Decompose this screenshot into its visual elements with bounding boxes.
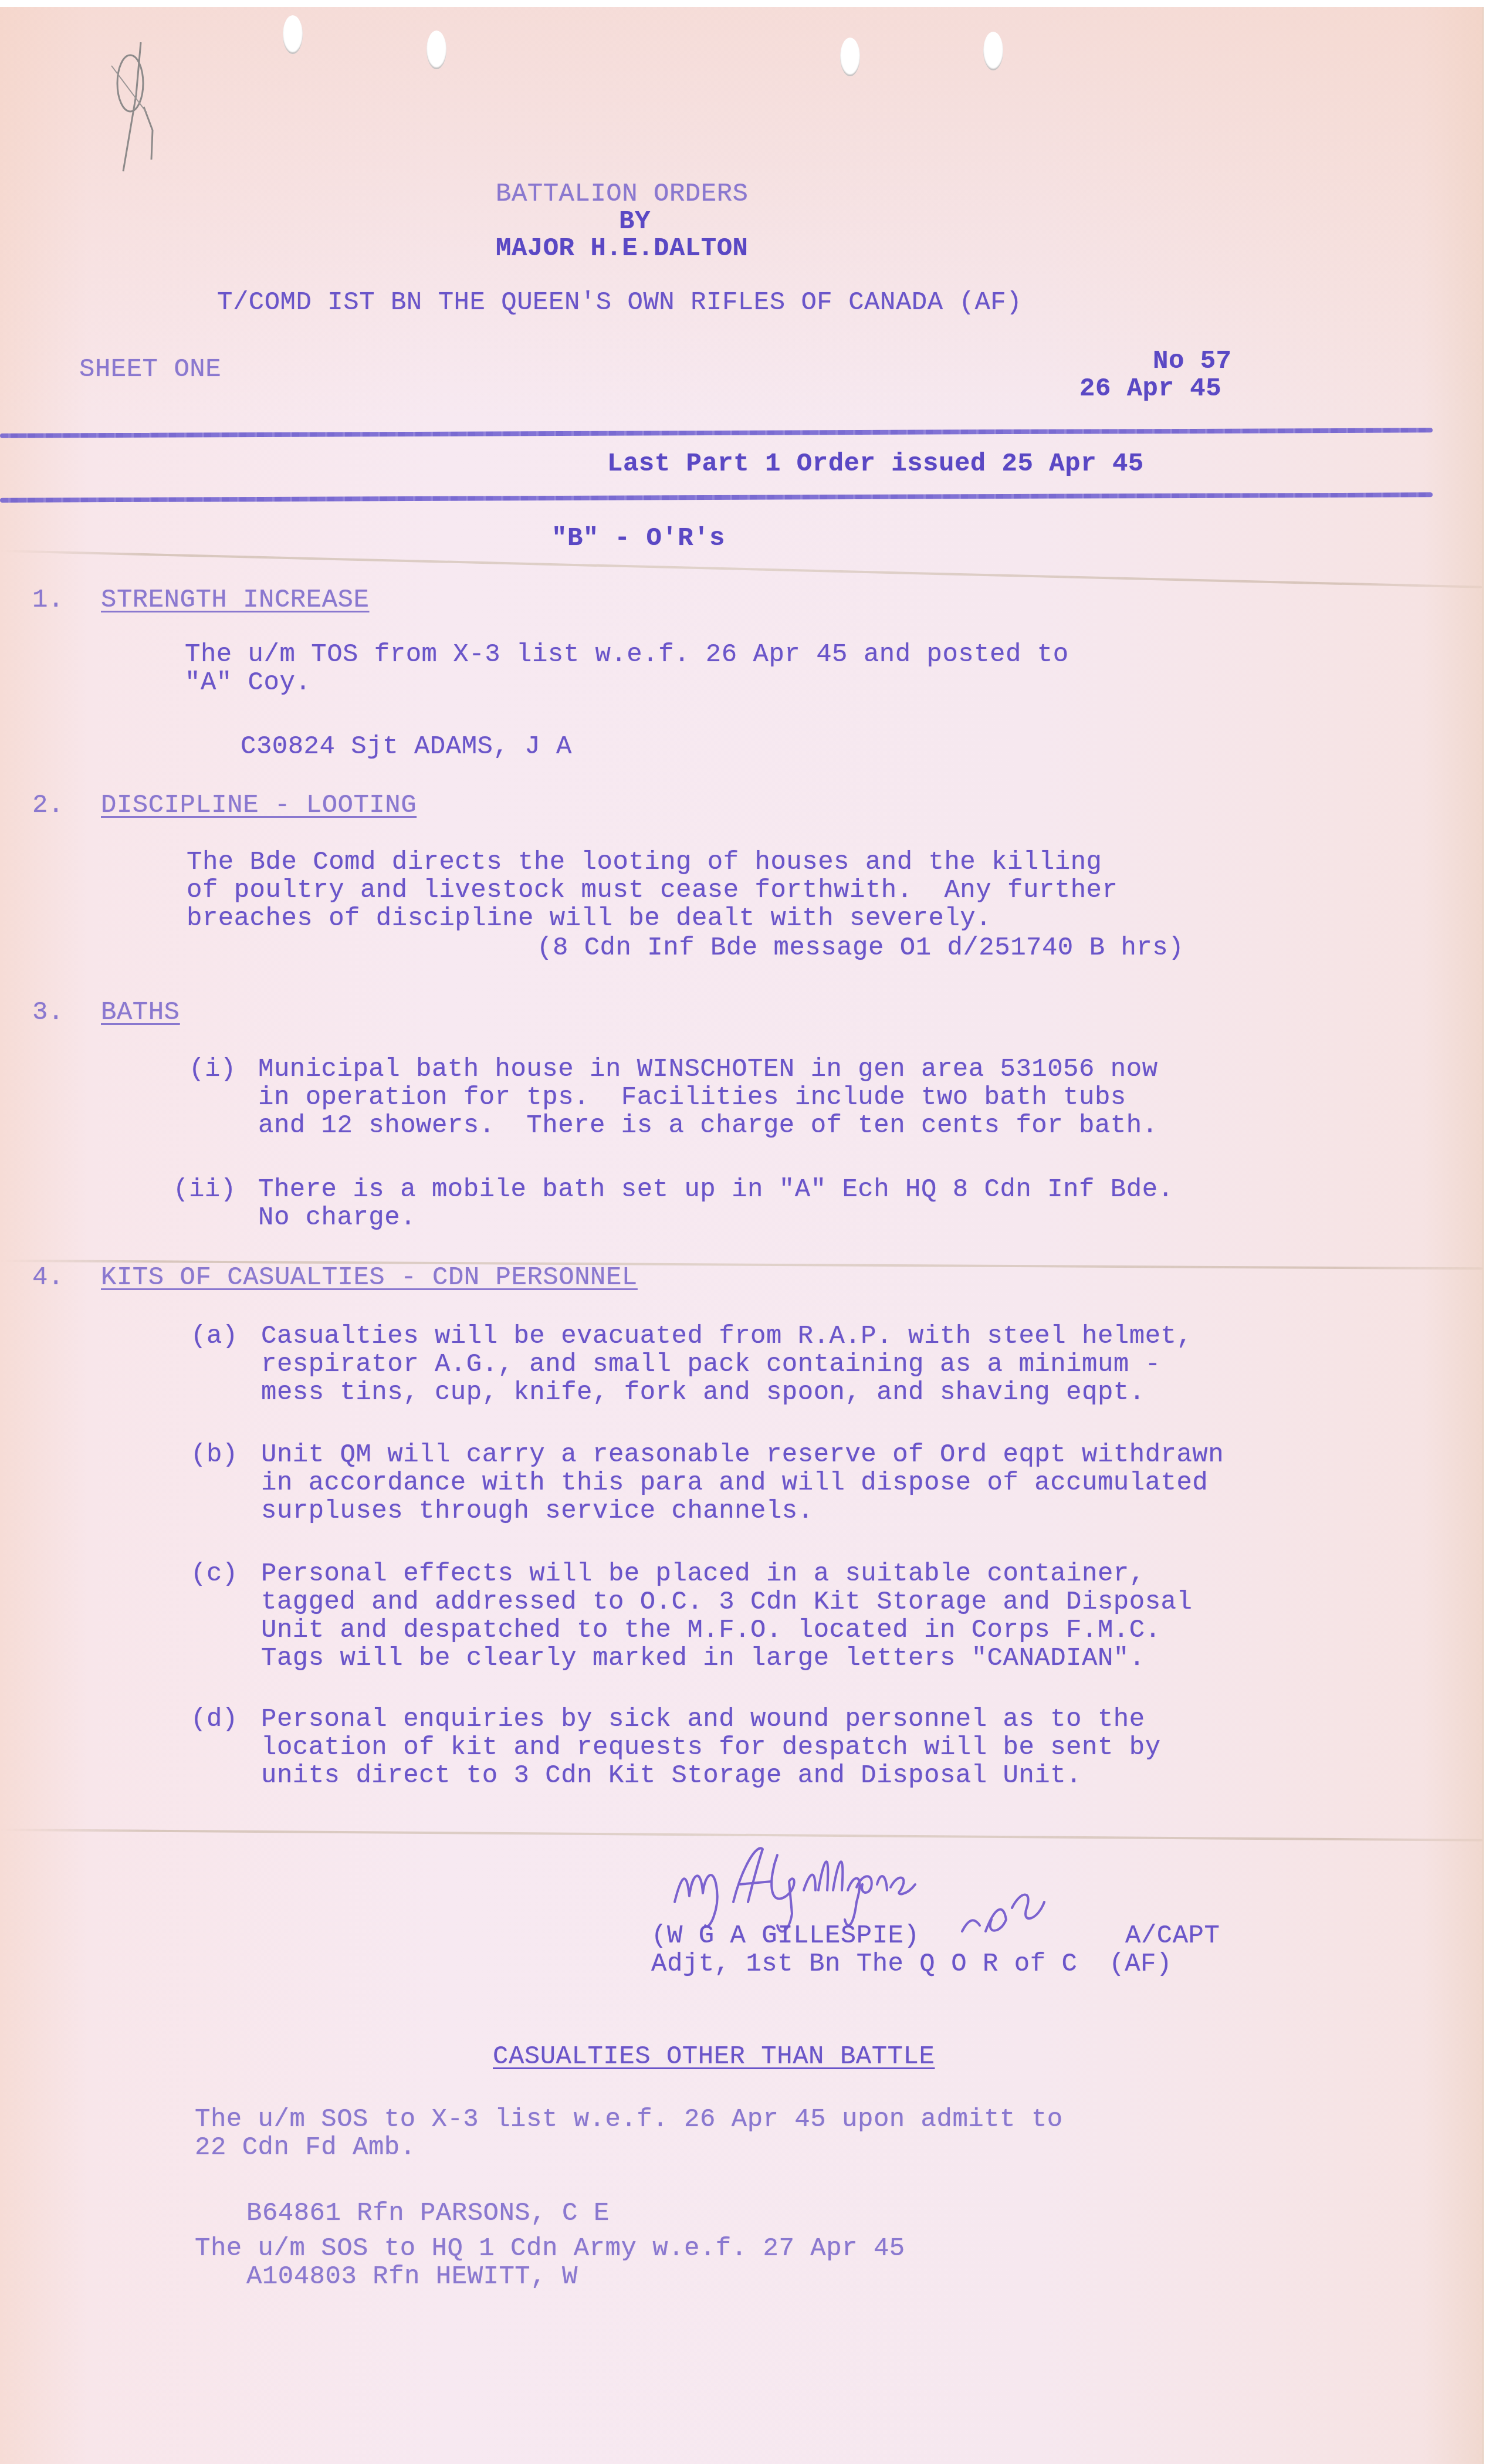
personnel-entry: B64861 Rfn PARSONS, C E [246,2198,610,2229]
para-number: 4. [32,1263,64,1293]
item-label: (b) [191,1440,238,1470]
item-line: mess tins, cup, knife, fork and spoon, a… [261,1377,1145,1408]
para-body-line: breaches of discipline will be dealt wit… [187,903,991,934]
item-label: (a) [191,1321,238,1352]
item-line: Unit QM will carry a reasonable reserve … [261,1440,1224,1470]
last-order-note: Last Part 1 Order issued 25 Apr 45 [607,449,1144,479]
item-line: tagged and addressed to O.C. 3 Cdn Kit S… [261,1587,1192,1617]
item-line: units direct to 3 Cdn Kit Storage and Di… [261,1761,1082,1791]
item-label: (i) [189,1054,236,1085]
item-line: Personal enquiries by sick and wound per… [261,1704,1145,1735]
item-line: No charge. [258,1203,416,1233]
document-page: BATTALION ORDERS BY MAJOR H.E.DALTON T/C… [0,7,1484,2464]
para-body-line: of poultry and livestock must cease fort… [187,875,1118,906]
order-number: No 57 [1153,346,1232,377]
para-heading: STRENGTH INCREASE [101,585,369,615]
message-reference: (8 Cdn Inf Bde message O1 d/251740 B hrs… [537,933,1184,963]
punch-hole-icon [840,38,860,76]
para-number: 1. [32,585,64,615]
item-line: in accordance with this para and will di… [261,1468,1208,1498]
para-body-line: The u/m TOS from X-3 list w.e.f. 26 Apr … [185,639,1069,670]
item-line: Municipal bath house in WINSCHOTEN in ge… [258,1054,1158,1085]
item-label: (ii) [173,1175,236,1205]
section-heading: "B" - O'R's [551,523,725,554]
item-line: in operation for tps. Facilities include… [258,1082,1126,1113]
cotb-line: The u/m SOS to HQ 1 Cdn Army w.e.f. 27 A… [195,2233,905,2264]
item-label: (d) [191,1704,238,1735]
cotb-line: The u/m SOS to X-3 list w.e.f. 26 Apr 45… [195,2104,1063,2135]
item-line: surpluses through service channels. [261,1496,814,1527]
header-rule-bottom [0,492,1433,502]
para-heading: DISCIPLINE - LOOTING [101,790,417,821]
item-line: Unit and despatched to the M.F.O. locate… [261,1615,1161,1646]
punch-hole-icon [283,15,303,54]
para-heading: BATHS [101,997,180,1028]
signatory-rank: A/CAPT [1125,1921,1220,1951]
signatory-appointment: Adjt, 1st Bn The Q O R of C (AF) [651,1949,1172,1979]
item-line: Personal effects will be placed in a sui… [261,1559,1145,1589]
personnel-entry: C30824 Sjt ADAMS, J A [241,732,572,762]
issuing-officer: MAJOR H.E.DALTON [496,233,748,264]
personnel-entry: A104803 Rfn HEWITT, W [246,2262,578,2292]
item-line: respirator A.G., and small pack containi… [261,1349,1161,1380]
header-rule-top [0,428,1433,438]
item-line: Casualties will be evacuated from R.A.P.… [261,1321,1192,1352]
punch-hole-icon [427,31,446,69]
para-body-line: "A" Coy. [185,668,311,698]
item-label: (c) [191,1559,238,1589]
sheet-label: SHEET ONE [79,354,221,385]
para-body-line: The Bde Comd directs the looting of hous… [187,847,1102,878]
para-number: 2. [32,790,64,821]
cotb-line: 22 Cdn Fd Amb. [195,2133,416,2163]
order-date: 26 Apr 45 [1079,374,1221,404]
fold-crease [0,550,1482,588]
item-line: There is a mobile bath set up in "A" Ech… [258,1175,1173,1205]
unit-name: T/COMD IST BN THE QUEEN'S OWN RIFLES OF … [217,287,1022,318]
item-line: location of kit and requests for despatc… [261,1732,1161,1763]
cotb-heading: CASUALTIES OTHER THAN BATTLE [493,2042,935,2072]
item-line: Tags will be clearly marked in large let… [261,1643,1145,1674]
document-title: BATTALION ORDERS [496,179,748,209]
para-heading: KITS OF CASUALTIES - CDN PERSONNEL [101,1263,638,1293]
punch-hole-icon [983,32,1003,70]
item-line: and 12 showers. There is a charge of ten… [258,1111,1158,1141]
para-number: 3. [32,997,64,1028]
signatory-name: (W G A GILLESPIE) [651,1921,919,1951]
pencil-mark-icon [100,42,176,177]
document-by: BY [619,207,651,237]
